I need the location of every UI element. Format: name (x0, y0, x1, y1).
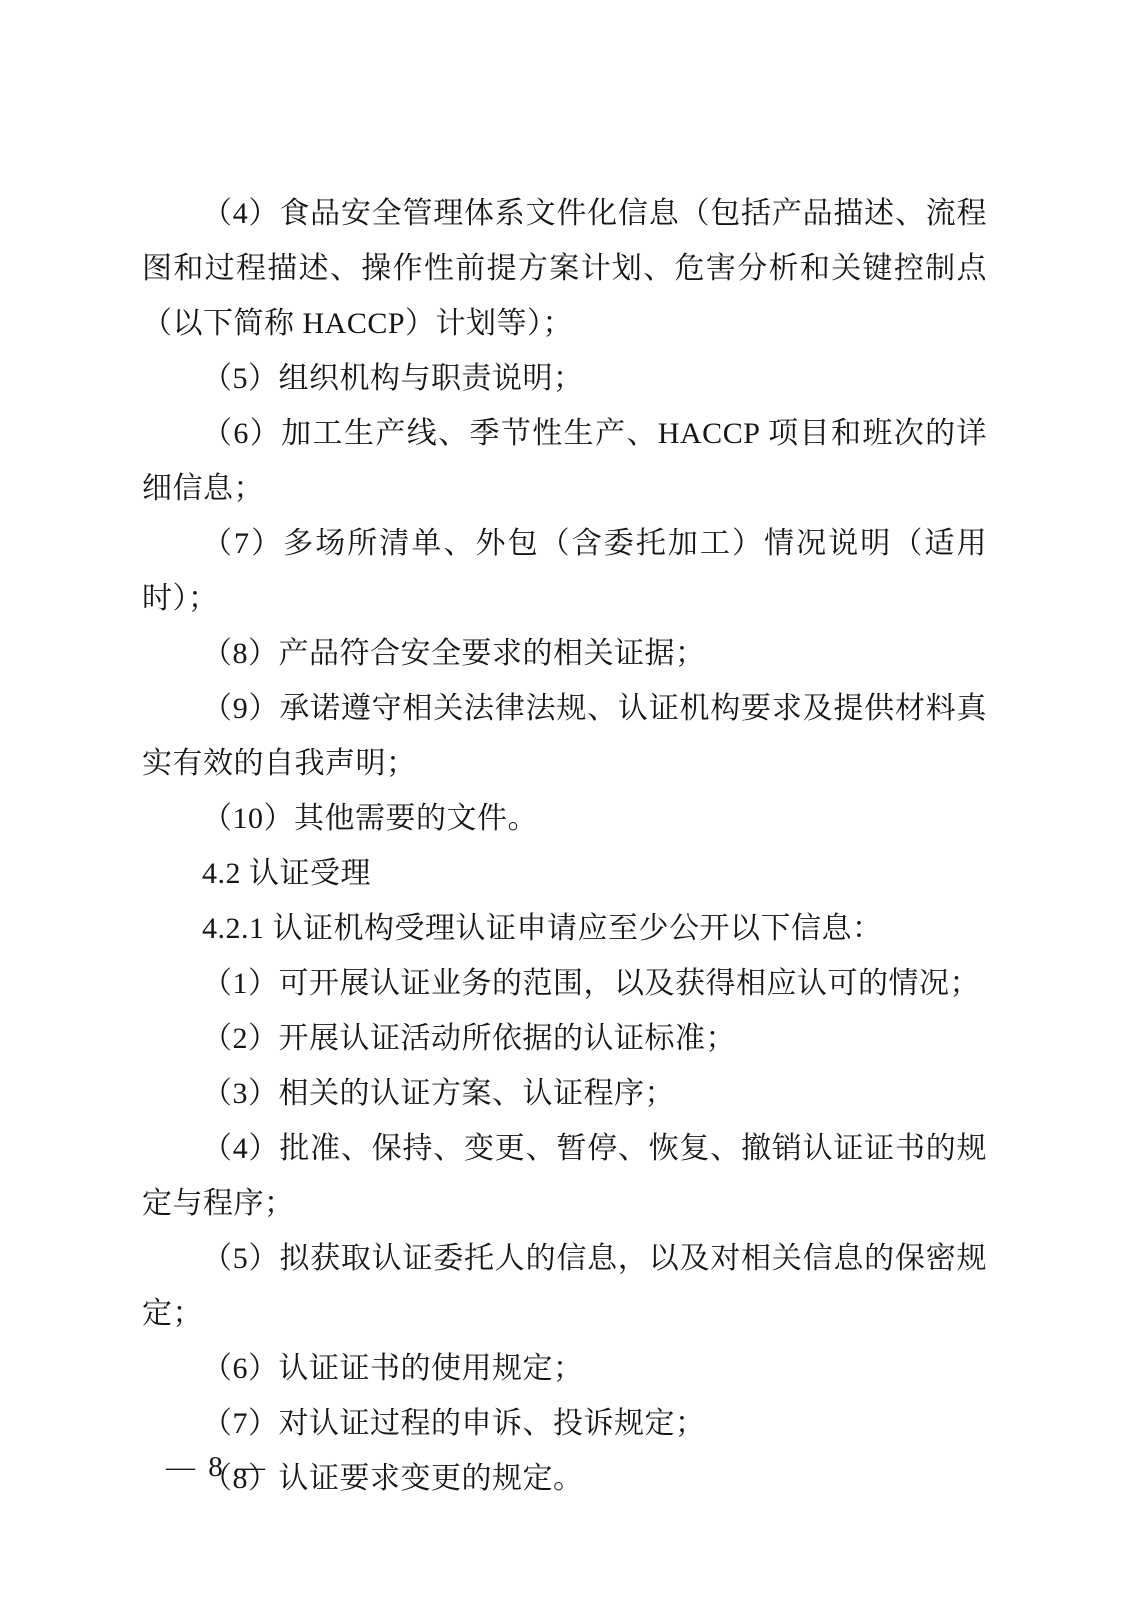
paragraph: （6）加工生产线、季节性生产、HACCP 项目和班次的详细信息； (142, 406, 987, 516)
paragraph: （7）对认证过程的申诉、投诉规定； (142, 1396, 987, 1451)
paragraph: （3）相关的认证方案、认证程序； (142, 1066, 987, 1121)
paragraph: （4）批准、保持、变更、暂停、恢复、撤销认证证书的规定与程序； (142, 1121, 987, 1231)
paragraph: （4）食品安全管理体系文件化信息（包括产品描述、流程图和过程描述、操作性前提方案… (142, 186, 987, 351)
section-heading: 4.2 认证受理 (142, 846, 987, 901)
page-number: — 8 — (166, 1440, 268, 1495)
paragraph: （9）承诺遵守相关法律法规、认证机构要求及提供材料真实有效的自我声明； (142, 681, 987, 791)
paragraph: （5）组织机构与职责说明； (142, 351, 987, 406)
paragraph: （6）认证证书的使用规定； (142, 1341, 987, 1396)
paragraph: 4.2.1 认证机构受理认证申请应至少公开以下信息： (142, 901, 987, 956)
paragraph: （7）多场所清单、外包（含委托加工）情况说明（适用时）； (142, 516, 987, 626)
document-body: （4）食品安全管理体系文件化信息（包括产品描述、流程图和过程描述、操作性前提方案… (142, 186, 987, 1506)
paragraph: （8）产品符合安全要求的相关证据； (142, 626, 987, 681)
paragraph: （10）其他需要的文件。 (142, 791, 987, 846)
paragraph: （1）可开展认证业务的范围，以及获得相应认可的情况； (142, 956, 987, 1011)
paragraph: （5）拟获取认证委托人的信息，以及对相关信息的保密规定； (142, 1231, 987, 1341)
document-page: （4）食品安全管理体系文件化信息（包括产品描述、流程图和过程描述、操作性前提方案… (0, 0, 1131, 1600)
paragraph: （2）开展认证活动所依据的认证标准； (142, 1011, 987, 1066)
paragraph: （8）认证要求变更的规定。 (142, 1451, 987, 1506)
